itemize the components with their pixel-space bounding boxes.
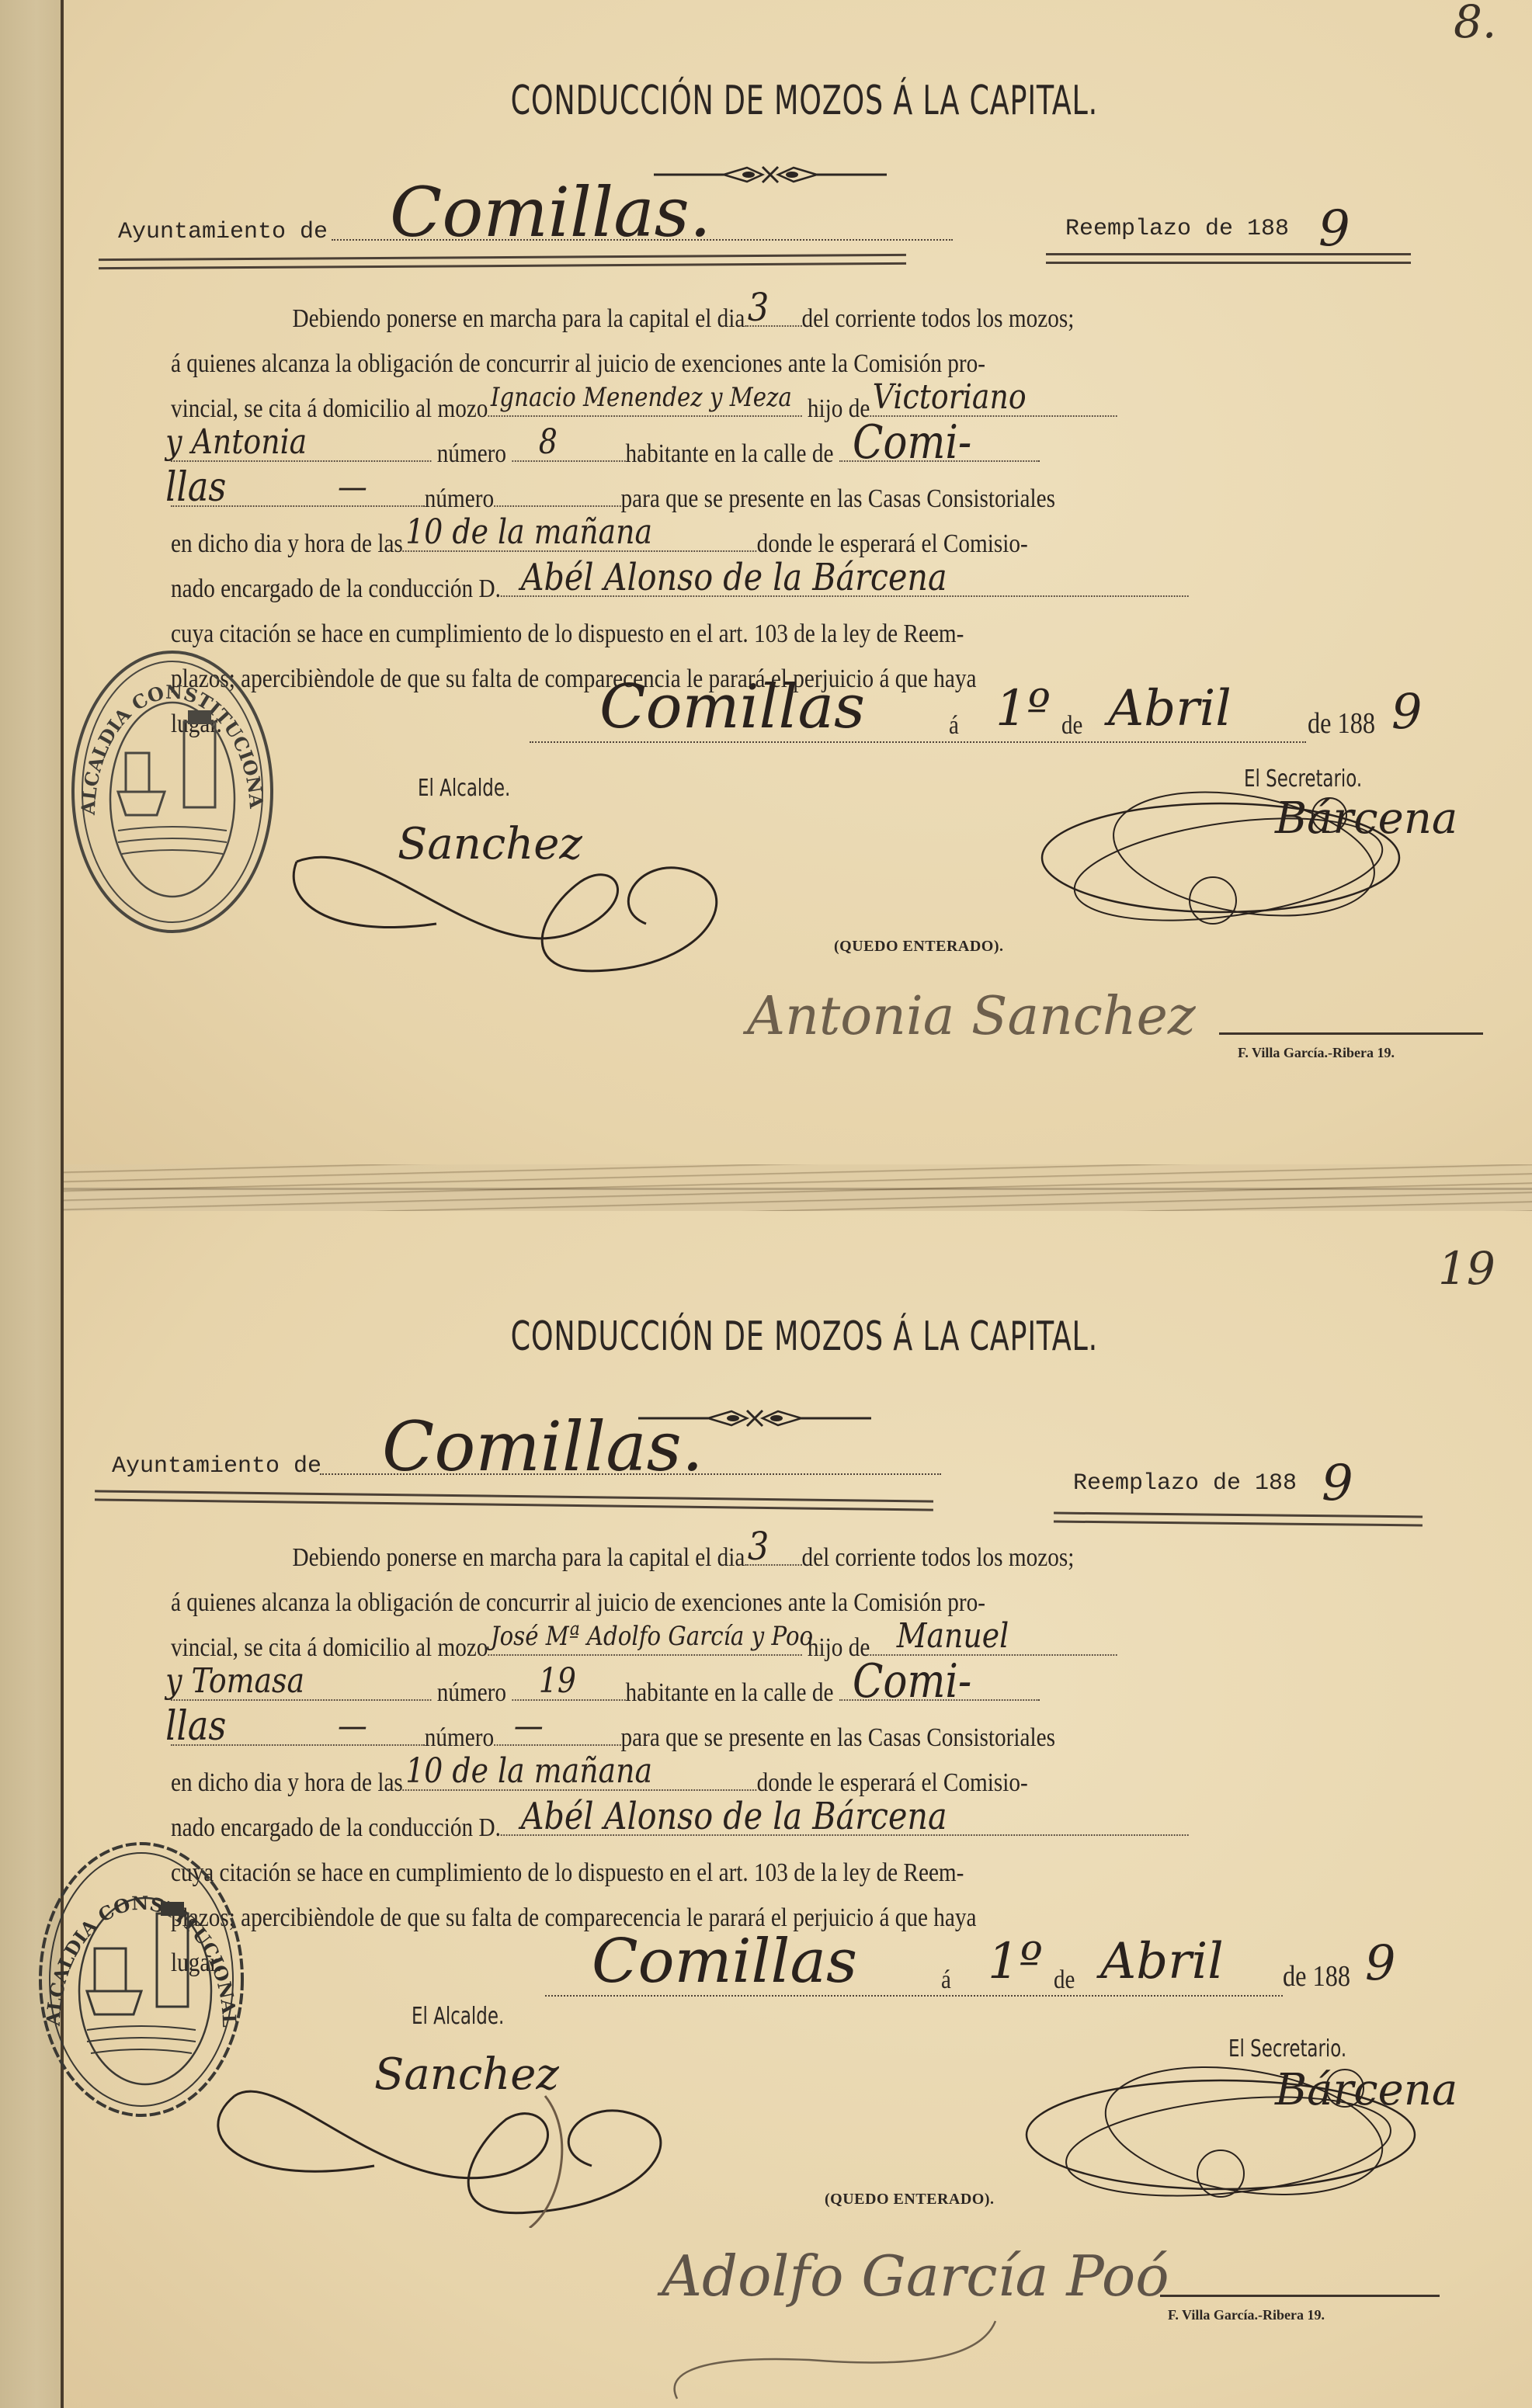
alcalde-label: El Alcalde. [412, 2003, 504, 2030]
padre-value: Victoriano [873, 375, 1027, 420]
numero-value: 19 [539, 1659, 576, 1704]
date-place-value: Comillas [599, 672, 865, 742]
mozo-value: Ignacio Menendez y Meza [491, 375, 792, 420]
secretario-flourish-icon [1027, 784, 1430, 939]
ayuntamiento-value: Comillas. [382, 1407, 703, 1487]
reemplazo-value: 9 [1322, 1455, 1353, 1512]
signature-line [1160, 2295, 1440, 2297]
numero-value: 8 [539, 420, 558, 465]
municipal-seal-icon: ALCALDIA CONSTITUCIONAL DE COMILLAS [64, 637, 281, 947]
madre-value: y Tomasa [165, 1659, 304, 1704]
ayuntamiento-label: Ayuntamiento de [112, 1453, 321, 1480]
page-number: 8. [1454, 0, 1496, 48]
mozo-value: José Mª Adolfo García y Poo [491, 1614, 813, 1659]
page-number: 19 [1438, 1242, 1496, 1295]
form-title: CONDUCCIÓN DE MOZOS Á LA CAPITAL. [231, 78, 1377, 124]
alcalde-label: El Alcalde. [418, 775, 510, 802]
form-sheet-top: 8. CONDUCCIÓN DE MOZOS Á LA CAPITAL. Ayu… [64, 0, 1532, 1190]
signature-line [1219, 1032, 1483, 1035]
citation-body: Debiendo ponerse en marcha para la capit… [171, 1535, 1353, 1986]
padre-value: Manuel [897, 1614, 1009, 1659]
calle-value: Comi- [853, 420, 971, 465]
date-day-value: 1º [988, 1933, 1043, 1990]
form-sheet-bottom: 19 CONDUCCIÓN DE MOZOS Á LA CAPITAL. Ayu… [64, 1211, 1532, 2408]
municipal-seal-icon: ALCALDIA CONSTITUCIONAL DE COMILLAS [25, 1824, 258, 2135]
date-year-value: 9 [1391, 683, 1422, 740]
quedo-enterado-label: (QUEDO ENTERADO). [825, 2191, 995, 2208]
recipient-signature: Adolfo García Poó [662, 2243, 1169, 2309]
printer-imprint: F. Villa García.-Ribera 19. [1168, 2307, 1325, 2323]
recipient-signature: Antonia Sanchez [747, 986, 1196, 1047]
alcalde-flourish-icon [281, 838, 763, 986]
date-day-value: 1º [995, 680, 1051, 737]
reemplazo-label: Reemplazo de 188 [1065, 216, 1289, 242]
double-rule [95, 1490, 933, 1511]
date-month-value: Abril [1100, 1933, 1224, 1990]
date-year-value: 9 [1365, 1934, 1395, 1991]
double-rule [1054, 1512, 1423, 1527]
date-month-value: Abril [1108, 680, 1232, 737]
date-place-value: Comillas [592, 1927, 857, 1997]
double-rule [1046, 253, 1411, 264]
form-title: CONDUCCIÓN DE MOZOS Á LA CAPITAL. [231, 1313, 1377, 1360]
calle-value: Comi- [853, 1659, 971, 1704]
reemplazo-label: Reemplazo de 188 [1073, 1470, 1297, 1497]
printer-imprint: F. Villa García.-Ribera 19. [1238, 1045, 1395, 1061]
double-rule [99, 254, 906, 269]
madre-value: y Antonia [165, 420, 307, 465]
quedo-enterado-label: (QUEDO ENTERADO). [834, 938, 1004, 956]
ayuntamiento-label: Ayuntamiento de [118, 219, 328, 245]
dia-value: 3 [748, 1524, 769, 1569]
calle-value-cont: llas [165, 465, 226, 510]
svg-text:ALCALDIA CONSTITUCIONAL DE COM: ALCALDIA CONSTITUCIONAL DE COMILLAS [25, 1824, 241, 2028]
ayuntamiento-value: Comillas. [390, 172, 711, 252]
hora-value: 10 de la mañana [405, 510, 652, 555]
recipient-flourish-icon [654, 2313, 1011, 2406]
secretario-flourish-icon [1011, 2057, 1446, 2212]
dia-value: 3 [748, 285, 769, 330]
reemplazo-value: 9 [1318, 200, 1350, 258]
comisionado-value: Abél Alonso de la Bárcena [521, 555, 947, 600]
calle-value-cont: llas [165, 1704, 226, 1749]
hora-value: 10 de la mañana [405, 1749, 652, 1794]
comisionado-value: Abél Alonso de la Bárcena [521, 1794, 947, 1839]
